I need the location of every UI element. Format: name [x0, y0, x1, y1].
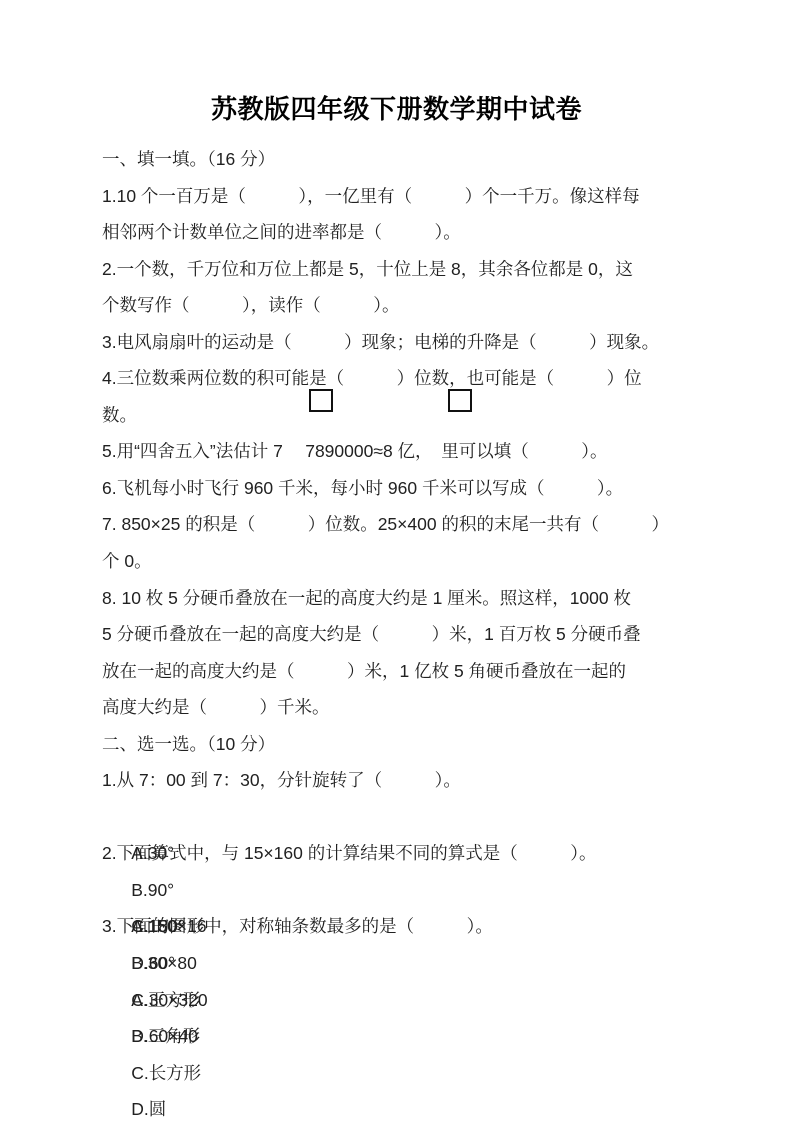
fill-q7-line2: 个 0。: [102, 543, 692, 580]
fill-q1-line2: 相邻两个计数单位之间的进率都是（ ）。: [102, 214, 692, 251]
answer-box-icon: [448, 389, 472, 412]
fill-q5-line: 5.用“四舍五入”法估计 7 7890000≈8 亿， 里可以填（ ）。: [102, 433, 692, 470]
fill-q2-line1: 2.一个数，千万位和万位上都是 5，十位上是 8，其余各位都是 0，这: [102, 251, 692, 288]
section-choice-heading: 二、选一选。（10 分）: [102, 726, 692, 763]
fill-q4-line1: 4.三位数乘两位数的积可能是（ ）位数，也可能是（ ）位: [102, 360, 692, 397]
choice-q1-line: 1.从 7：00 到 7：30，分针旋转了（ ）。: [102, 762, 692, 799]
fill-q7-line1: 7. 850×25 的积是（ ）位数。25×400 的积的末尾一共有（ ）: [102, 506, 692, 543]
choice-q3-option-a: A.正方形: [131, 982, 268, 1019]
fill-q2-line2: 个数写作（ ），读作（ ）。: [102, 287, 692, 324]
exam-content: 一、填一填。（16 分） 1.10 个一百万是（ ），一亿里有（ ）个一千万。像…: [102, 141, 692, 982]
section-fill-heading: 一、填一填。（16 分）: [102, 141, 692, 178]
choice-q2-option-b: B.30×80: [131, 945, 254, 982]
choice-q1-option-b: B.90°: [131, 872, 254, 909]
choice-q3-option-c: C.长方形: [131, 1055, 276, 1092]
exam-page: 苏教版四年级下册数学期中试卷 一、填一填。（16 分） 1.10 个一百万是（ …: [0, 0, 793, 1122]
choice-q3-line: 3.下面的图形中，对称轴条数最多的是（ ）。: [102, 908, 692, 945]
fill-q3-line: 3.电风扇扇叶的运动是（ ）现象；电梯的升降是（ ）现象。: [102, 324, 692, 361]
fill-q1-line1: 1.10 个一百万是（ ），一亿里有（ ）个一千万。像这样每: [102, 178, 692, 215]
fill-q6-line: 6.飞机每小时飞行 960 千米，每小时 960 千米可以写成（ ）。: [102, 470, 692, 507]
choice-q2-line: 2.下面算式中，与 15×160 的计算结果不同的算式是（ ）。: [102, 835, 692, 872]
fill-q8-line2: 5 分硬币叠放在一起的高度大约是（ ）米，1 百万枚 5 分硬币叠: [102, 616, 692, 653]
choice-q3-option-b: B.三角形: [131, 1018, 254, 1055]
fill-q8-line3: 放在一起的高度大约是（ ）米，1 亿枚 5 角硬币叠放在一起的: [102, 653, 692, 690]
choice-q3-option-d: D.圆: [131, 1091, 166, 1122]
choice-q1-options: A.30° B.90° C.180° D.60°: [102, 799, 692, 836]
fill-q8-line4: 高度大约是（ ）千米。: [102, 689, 692, 726]
answer-box-icon: [309, 389, 333, 412]
fill-q4-line2: 数。: [102, 397, 692, 434]
page-title: 苏教版四年级下册数学期中试卷: [0, 89, 793, 126]
fill-q8-line1: 8. 10 枚 5 分硬币叠放在一起的高度大约是 1 厘米。照这样，1000 枚: [102, 580, 692, 617]
